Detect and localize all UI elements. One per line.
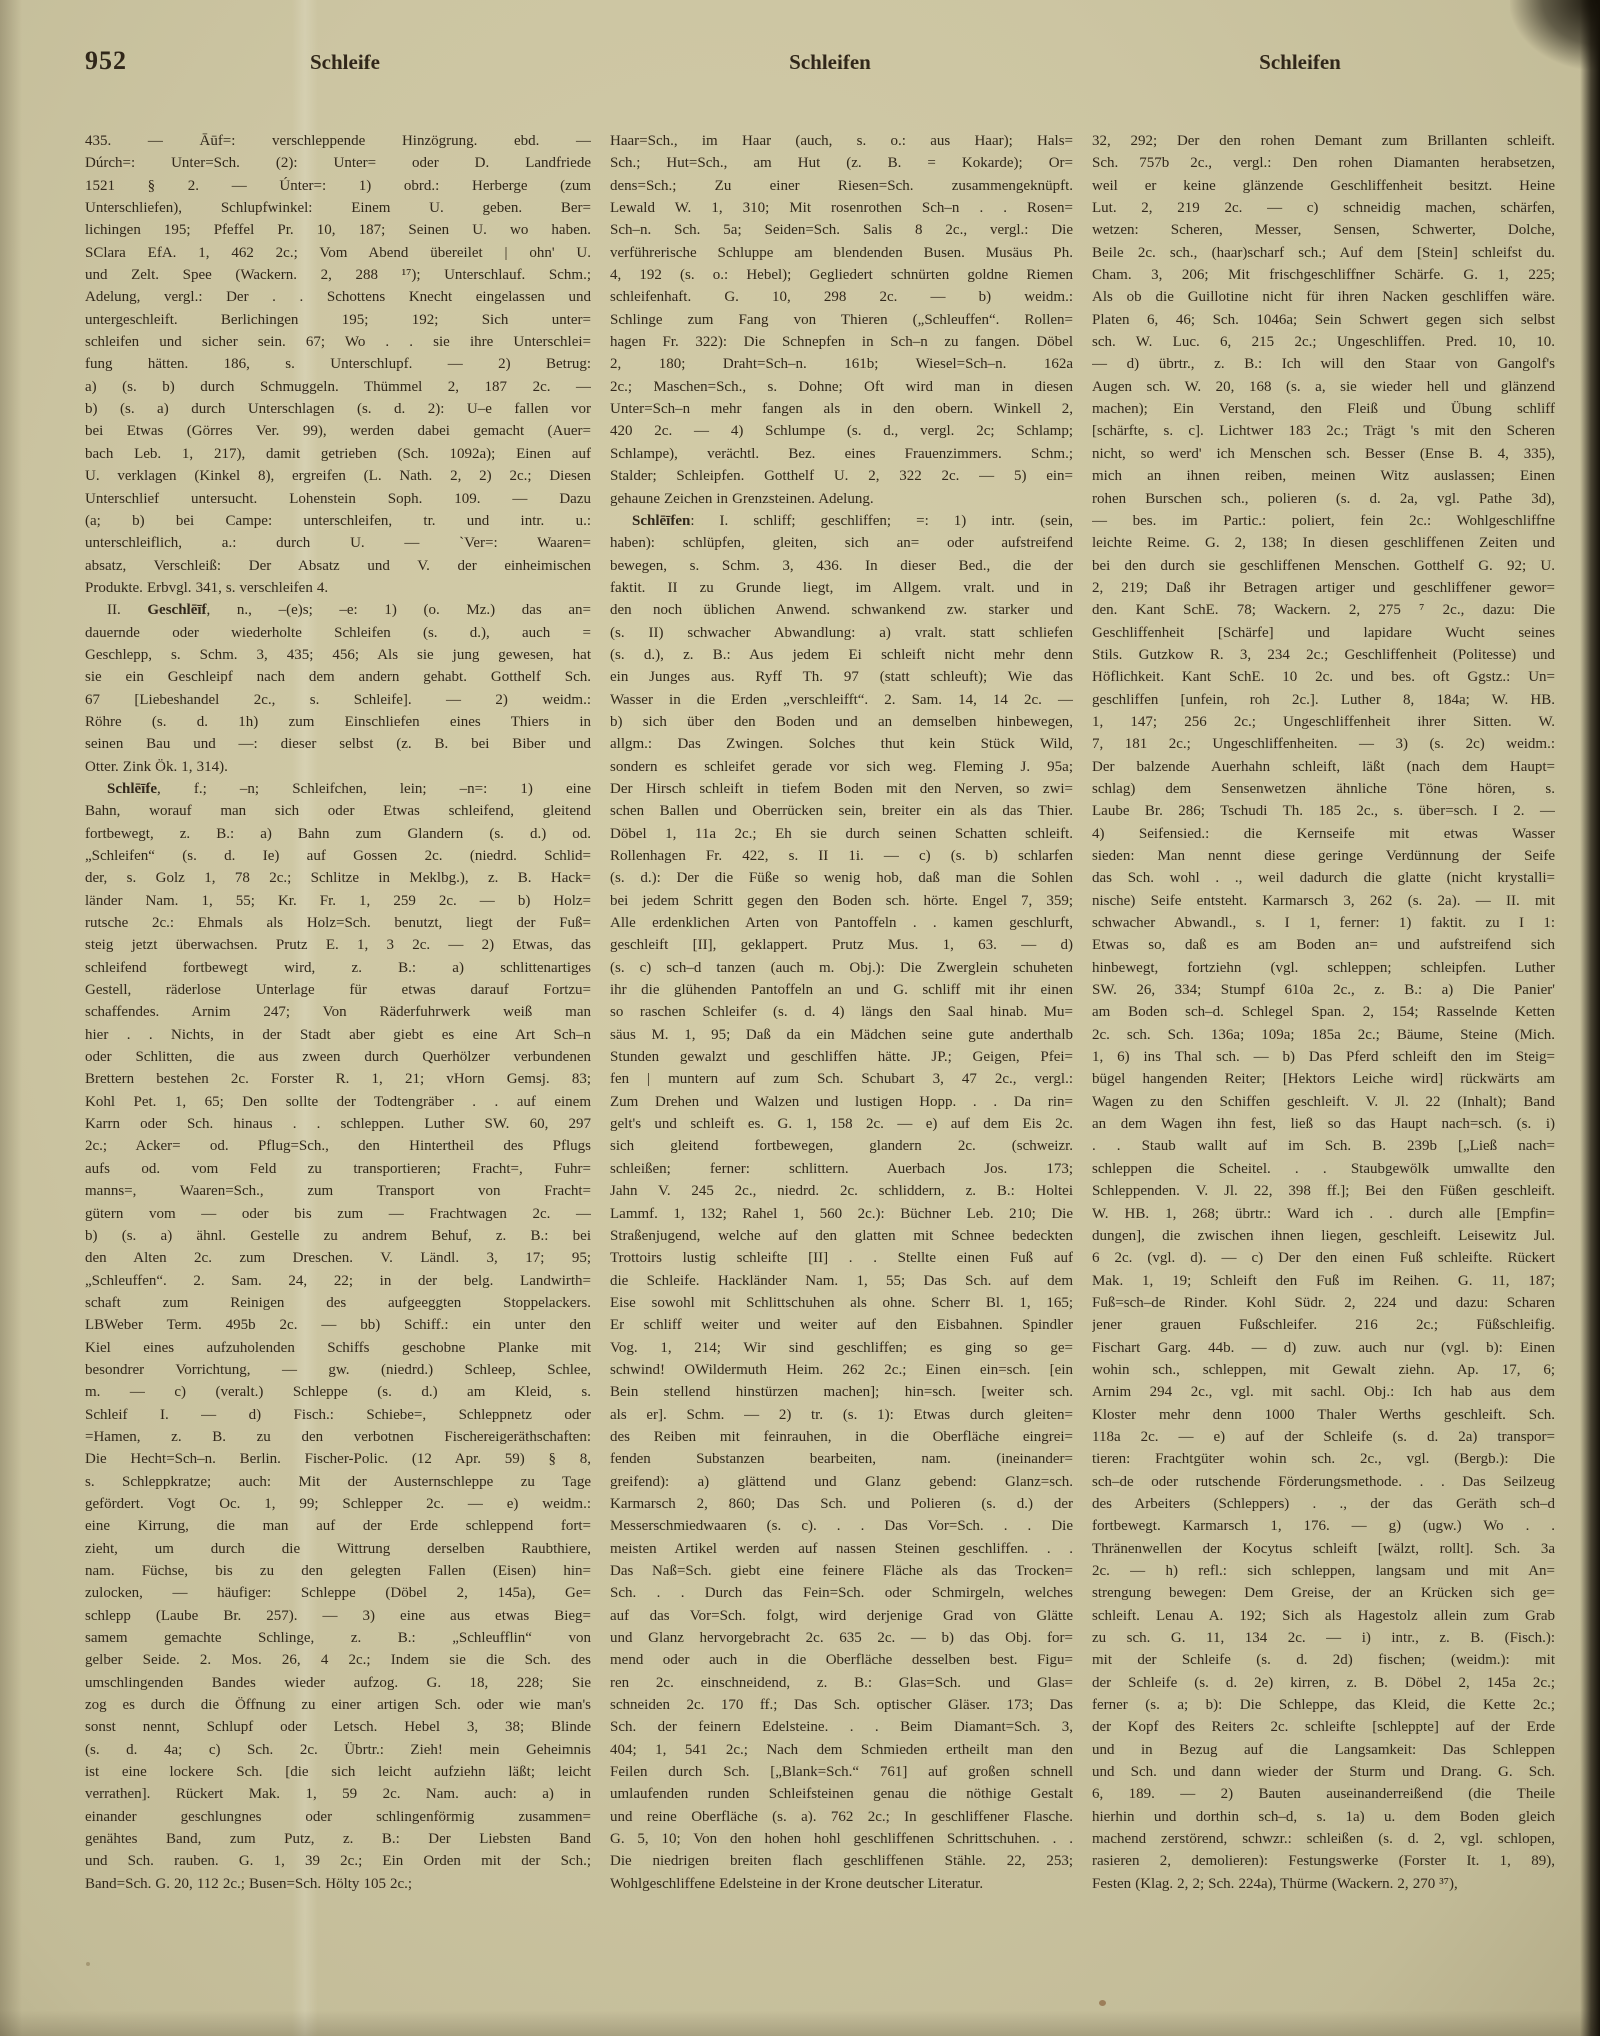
text-line: schaffendes. Arnim 247; Von Räderfuhrwer…: [85, 1001, 591, 1023]
text-line: Eise sowohl mit Schlittschuhen als ohne.…: [610, 1292, 1073, 1314]
text-line: Höflichkeit. Kant SchE. 10 2c. und bes. …: [1092, 666, 1555, 688]
text-line: sie ein Geschleipf nach dem andern gehab…: [85, 666, 591, 688]
running-head-column-2: Schleifen: [789, 50, 871, 75]
text-line: 4, 192 (s. o.: Hebel); Gegliedert schnür…: [610, 264, 1073, 286]
text-line: Stalder; Schleipfen. Gotthelf U. 2, 322 …: [610, 465, 1073, 487]
text-line: eine Kirrung, die man auf der Erde schle…: [85, 1515, 591, 1537]
text-line: 420 2c. — 4) Schlumpe (s. d., vergl. 2c;…: [610, 420, 1073, 442]
text-line: ein Junges aus. Ryff Th. 97 (statt schle…: [610, 666, 1073, 688]
text-line: schleifend fortbewegt wird, z. B.: a) sc…: [85, 957, 591, 979]
text-line: Schlēīfen: I. schliff; geschliffen; =: 1…: [610, 510, 1073, 532]
text-line: 2, 219; Daß ihr Betragen artiger und ges…: [1092, 577, 1555, 599]
text-line: Wagen zu den Schiffen geschleift. V. Jl.…: [1092, 1091, 1555, 1113]
text-line: Sch. 757b 2c., vergl.: Den rohen Diamant…: [1092, 152, 1555, 174]
text-line: besondrer Vorrichtung, — gw. (niedrd.) S…: [85, 1359, 591, 1381]
text-line: greifend): a) glättend und Glanz gebend:…: [610, 1471, 1073, 1493]
text-line: Schleif I. — d) Fisch.: Schiebe=, Schlep…: [85, 1404, 591, 1426]
text-line: 1, 6) ins Thal sch. — b) Das Pferd schle…: [1092, 1046, 1555, 1068]
text-line: und Zelt. Spee (Wackern. 2, 288 ¹⁷); Unt…: [85, 264, 591, 286]
text-line: schen Ballen und Oberrücken sein, breite…: [610, 800, 1073, 822]
text-line: W. HB. 1, 268; übrtr.: Ward ich . . durc…: [1092, 1203, 1555, 1225]
text-line: jener grauen Fußschleifer. 216 2c.; Füßs…: [1092, 1314, 1555, 1336]
text-column-1: 435. — Āūf=: verschleppende Hinzögrung. …: [85, 130, 591, 1895]
text-line: auf das Vor=Sch. folgt, wird derjenige G…: [610, 1605, 1073, 1627]
text-line: Vog. 1, 214; Wir sind geschliffen; es gi…: [610, 1337, 1073, 1359]
text-line: 6, 189. — 2) Bauten auseinanderreißend (…: [1092, 1783, 1555, 1805]
text-line: Festen (Klag. 2, 2; Sch. 224a), Thürme (…: [1092, 1873, 1555, 1895]
text-line: Arnim 294 2c., vgl. mit sachl. Obj.: Ich…: [1092, 1381, 1555, 1403]
text-line: m. — c) (veralt.) Schleppe (s. d.) am Kl…: [85, 1381, 591, 1403]
text-line: den Alten 2c. zum Dreschen. V. Ländl. 3,…: [85, 1247, 591, 1269]
text-line: Er schliff weiter und weiter auf den Eis…: [610, 1314, 1073, 1336]
entry-headword: Schlēīfen: [632, 513, 690, 529]
text-line: (s. d.), z. B.: Aus jedem Ei schleift ni…: [610, 644, 1073, 666]
text-line: 7, 181 2c.; Ungeschliffenheiten. — 3) (s…: [1092, 733, 1555, 755]
text-line: Produkte. Erbvgl. 341, s. verschleifen 4…: [85, 577, 591, 599]
text-line: haben): schlüpfen, gleiten, sich an= ode…: [610, 532, 1073, 554]
text-line: fenden Substanzen bearbeiten, nam. (inei…: [610, 1448, 1073, 1470]
text-line: Döbel 1, 11a 2c.; Eh sie durch seinen Sc…: [610, 823, 1073, 845]
text-line: (a; b) bei Campe: unterschleifen, tr. un…: [85, 510, 591, 532]
text-line: U. verklagen (Kinkel 8), ergreifen (L. N…: [85, 465, 591, 487]
text-line: sondern es schleifet gerade vor sich weg…: [610, 756, 1073, 778]
text-line: meisten Artikel werden auf nassen Steine…: [610, 1538, 1073, 1560]
text-line: schwind! OWildermuth Heim. 262 2c.; Eine…: [610, 1359, 1073, 1381]
text-line: Cham. 3, 206; Mit frischgeschliffner Sch…: [1092, 264, 1555, 286]
text-line: Mak. 1, 19; Schleift den Fuß im Reihen. …: [1092, 1270, 1555, 1292]
text-line: Zum Drehen und Walzen und lustigen Hopp.…: [610, 1091, 1073, 1113]
text-line: seinen Bau und —: dieser selbst (z. B. b…: [85, 733, 591, 755]
text-line: Lut. 2, 219 2c. — c) schneidig machen, s…: [1092, 197, 1555, 219]
text-line: und in Bezug auf die Langsamkeit: Das Sc…: [1092, 1739, 1555, 1761]
text-line: b) sich über den Boden und an demselben …: [610, 711, 1073, 733]
text-line: strengung bewegen: Dem Greise, der an Kr…: [1092, 1582, 1555, 1604]
text-line: gefördert. Vogt Oc. 1, 99; Schlepper 2c.…: [85, 1493, 591, 1515]
text-line: 2, 180; Draht=Sch–n. 161b; Wiesel=Sch–n.…: [610, 353, 1073, 375]
text-line: s. Schleppkratze; auch: Mit der Austerns…: [85, 1471, 591, 1493]
text-line: Karrn oder Sch. hinaus . . schleppen. Lu…: [85, 1113, 591, 1135]
text-line: manns=, Waaren=Sch., zum Transport von F…: [85, 1180, 591, 1202]
text-line: wetzen: Scheren, Messer, Sensen, Schwert…: [1092, 219, 1555, 241]
text-line: Sch–n. Sch. 5a; Seiden=Sch. Salis 8 2c.,…: [610, 219, 1073, 241]
text-line: Lammf. 1, 132; Rahel 1, 560 2c.): Büchne…: [610, 1203, 1073, 1225]
text-line: machend zerstörend, schwzr.: schleißen (…: [1092, 1828, 1555, 1850]
text-line: Geschlepp, s. Schm. 3, 435; 456; Als sie…: [85, 644, 591, 666]
text-line: 118a 2c. — e) auf der Schleife (s. d. 2a…: [1092, 1426, 1555, 1448]
text-line: Band=Sch. G. 20, 112 2c.; Busen=Sch. Höl…: [85, 1873, 591, 1895]
text-line: und Sch. rauben. G. 1, 39 2c.; Ein Orden…: [85, 1850, 591, 1872]
text-line: Der balzende Auerhahn schleift, läßt (na…: [1092, 756, 1555, 778]
text-line: rasieren 2, demolieren): Festungswerke (…: [1092, 1850, 1555, 1872]
text-line: 2c. sch. Sch. 136a; 109a; 185a 2c.; Bäum…: [1092, 1024, 1555, 1046]
text-line: und reine Oberfläche (s. a). 762 2c.; In…: [610, 1806, 1073, 1828]
text-line: Die Hecht=Sch–n. Berlin. Fischer-Polic. …: [85, 1448, 591, 1470]
text-line: 2c. — h) refl.: sich schleppen, langsam …: [1092, 1560, 1555, 1582]
text-line: verrathen]. Rückert Mak. 1, 59 2c. Nam. …: [85, 1783, 591, 1805]
text-line: lichingen 195; Pfeffel Pr. 10, 187; Sein…: [85, 219, 591, 241]
text-line: zieht, um durch die Wittrung derselben R…: [85, 1538, 591, 1560]
text-column-2: Haar=Sch., im Haar (auch, s. o.: aus Haa…: [610, 130, 1073, 1895]
text-line: aufs od. vom Feld zu transportieren; Fra…: [85, 1158, 591, 1180]
text-line: dungen], die zwischen ihnen liegen, gesc…: [1092, 1225, 1555, 1247]
paper-stain: [86, 1962, 90, 1966]
text-line: als er]. Schm. — 2) tr. (s. 1): Etwas du…: [610, 1404, 1073, 1426]
text-line: den noch üblichen Anwend. schwankend zw.…: [610, 599, 1073, 621]
text-line: Straßenjugend, welche auf den glatten mi…: [610, 1225, 1073, 1247]
text-line: Fischart Garg. 44b. — d) zuw. auch nur (…: [1092, 1337, 1555, 1359]
entry-headword: Geschlēīf: [147, 602, 206, 618]
text-line: [schärfte, s. c]. Lichtwer 183 2c.; Träg…: [1092, 420, 1555, 442]
text-line: Otter. Zink Ök. 1, 314).: [85, 756, 591, 778]
text-line: ist eine lockere Sch. [die sich leicht a…: [85, 1761, 591, 1783]
text-line: . . Staub wallt auf im Sch. B. 239b [„Li…: [1092, 1135, 1555, 1157]
text-line: Fuß=sch–de Rinder. Kohl Südr. 2, 224 und…: [1092, 1292, 1555, 1314]
paper-stain: [1099, 2000, 1106, 2006]
text-line: bach Leb. 1, 217), damit getrieben (Sch.…: [85, 443, 591, 465]
text-line: oder Schlitten, die aus zween durch Quer…: [85, 1046, 591, 1068]
text-line: bei Etwas (Görres Ver. 99), werden dabei…: [85, 420, 591, 442]
text-line: „Schleifen“ (s. d. Ie) auf Gossen 2c. (n…: [85, 845, 591, 867]
text-line: hagen Fr. 322): Die Schnepfen in Sch–n z…: [610, 331, 1073, 353]
text-line: Bahn, worauf man sich oder Etwas schleif…: [85, 800, 591, 822]
text-line: II. Geschlēīf, n., –(e)s; –e: 1) (o. Mz.…: [85, 599, 591, 621]
text-line: Augen sch. W. 20, 168 (s. a, sie wieder …: [1092, 376, 1555, 398]
text-line: (s. d. 4a; c) Sch. 2c. Übrtr.: Zieh! mei…: [85, 1739, 591, 1761]
text-line: SW. 26, 334; Stumpf 610a 2c., z. B.: a) …: [1092, 979, 1555, 1001]
text-line: 4) Seifensied.: die Kernseife mit etwas …: [1092, 823, 1555, 845]
text-line: gütern vom — oder bis zum — Frachtwagen …: [85, 1203, 591, 1225]
text-line: umschlingenden Bandes wieder aufzog. G. …: [85, 1672, 591, 1694]
text-line: Sch.; Hut=Sch., am Hut (z. B. = Kokarde)…: [610, 152, 1073, 174]
text-line: das Sch. wohl . ., weil dadurch die glat…: [1092, 867, 1555, 889]
text-line: hier . . Nichts, in der Stadt aber giebt…: [85, 1024, 591, 1046]
text-line: einander geschlungnes oder schlingenförm…: [85, 1806, 591, 1828]
text-line: nische) Seife entsteht. Karmarsch 3, 262…: [1092, 890, 1555, 912]
text-line: 32, 292; Der den rohen Demant zum Brilla…: [1092, 130, 1555, 152]
text-line: Kiel eines aufzuholenden Schiffs geschob…: [85, 1337, 591, 1359]
text-line: Unter=Sch–n mehr fangen als in den obern…: [610, 398, 1073, 420]
text-line: G. 5, 10; Von den hohen hohl geschliffen…: [610, 1828, 1073, 1850]
text-line: zu sch. G. 11, 134 2c. — i) intr., z. B.…: [1092, 1627, 1555, 1649]
text-line: 6 2c. (vgl. d). — c) Der den einen Fuß s…: [1092, 1247, 1555, 1269]
text-line: rohen Burschen sch., polieren (s. d. 2a,…: [1092, 488, 1555, 510]
text-line: Laube Br. 286; Tschudi Th. 185 2c., s. ü…: [1092, 800, 1555, 822]
text-line: Rollenhagen Fr. 422, s. II 1i. — c) (s. …: [610, 845, 1073, 867]
text-line: machen); Ein Verstand, den Fleiß und Übu…: [1092, 398, 1555, 420]
text-line: Stils. Gutzkow R. 3, 234 2c.; Geschliffe…: [1092, 644, 1555, 666]
text-line: an dem Wagen ihn fest, ließ so das Haupt…: [1092, 1113, 1555, 1135]
text-line: 1521 § 2. — Únter=: 1) obrd.: Herberge (…: [85, 175, 591, 197]
text-line: b) (s. a) durch Unterschlagen (s. d. 2):…: [85, 398, 591, 420]
text-line: ren 2c. einschneidend, z. B.: Glas=Sch. …: [610, 1672, 1073, 1694]
text-line: fortbewegt, z. B.: a) Bahn zum Glandern …: [85, 823, 591, 845]
text-line: der Schleife (s. d. 2e) kirren, z. B. Dö…: [1092, 1672, 1555, 1694]
text-line: untergeschleift. Berlichingen 195; 192; …: [85, 309, 591, 331]
text-line: faktit. II zu Grunde liegt, im Allgem. v…: [610, 577, 1073, 599]
text-line: schleifen und sicher sein. 67; Wo . . si…: [85, 331, 591, 353]
text-line: 2c.; Maschen=Sch., s. Dohne; Oft wird ma…: [610, 376, 1073, 398]
text-line: sieden: Man nennt diese geringe Verdünnu…: [1092, 845, 1555, 867]
text-line: Trottoirs lustig schleifte [II] . . Stel…: [610, 1247, 1073, 1269]
text-line: absatz, Verschleiß: Der Absatz und V. de…: [85, 555, 591, 577]
text-line: schwacher Abwandl., s. I 1, ferner: 1) f…: [1092, 912, 1555, 934]
text-line: Als ob die Guillotine nicht für ihren Na…: [1092, 286, 1555, 308]
text-line: Beile 2c. sch., (haar)scharf sch.; Auf d…: [1092, 242, 1555, 264]
text-line: b) (s. a) ähnl. Gestelle zu andrem Behuf…: [85, 1225, 591, 1247]
text-line: SClara EfA. 1, 462 2c.; Vom Abend überei…: [85, 242, 591, 264]
text-line: wohin sch., schleppen, mit Gewalt ziehn.…: [1092, 1359, 1555, 1381]
text-line: Karmarsch 2, 860; Das Sch. und Polieren …: [610, 1493, 1073, 1515]
text-line: Schlampe), verächtl. Bez. eines Frauenzi…: [610, 443, 1073, 465]
text-line: gelt's und schleift es. G. 1, 158 2c. — …: [610, 1113, 1073, 1135]
text-line: bewegen, s. Schm. 3, 436. In dieser Bed.…: [610, 555, 1073, 577]
text-line: gelber Seide. 2. Mos. 26, 4 2c.; Indem s…: [85, 1649, 591, 1671]
text-line: Geschliffenheit [Schärfe] und lapidare W…: [1092, 622, 1555, 644]
text-line: zulocken, — häufiger: Schleppe (Döbel 2,…: [85, 1582, 591, 1604]
text-line: 2c.; Acker= od. Pflug=Sch., den Hinterth…: [85, 1135, 591, 1157]
text-line: 67 [Liebeshandel 2c., s. Schleife]. — 2)…: [85, 689, 591, 711]
text-line: ferner (s. a; b): Die Schleppe, das Klei…: [1092, 1694, 1555, 1716]
text-line: am Boden sch–d. Schlegel Span. 2, 154; R…: [1092, 1001, 1555, 1023]
page-number: 952: [85, 46, 127, 76]
text-line: tieren: Frachtgüter wohin sch. 2c., vgl.…: [1092, 1448, 1555, 1470]
text-line: 1, 147; 256 2c.; Ungeschliffenheit ihrer…: [1092, 711, 1555, 733]
text-line: Platen 6, 46; Sch. 1046a; Sein Schwert g…: [1092, 309, 1555, 331]
text-line: schleißen; ferner: schlittern. Auerbach …: [610, 1158, 1073, 1180]
text-line: 404; 1, 541 2c.; Nach dem Schmieden erth…: [610, 1739, 1073, 1761]
text-line: schlag) dem Sensenwetzen ähnliche Töne h…: [1092, 778, 1555, 800]
text-line: Der Hirsch schleift in tiefem Boden mit …: [610, 778, 1073, 800]
text-line: der Kopf des Reiters 2c. schleifte [schl…: [1092, 1716, 1555, 1738]
text-line: — d) übrtr., z. B.: Ich will den Staar v…: [1092, 353, 1555, 375]
text-line: und Glanz hervorgebracht 2c. 635 2c. — b…: [610, 1627, 1073, 1649]
text-line: schleppen die Scheitel. . . Staubgewölk …: [1092, 1158, 1555, 1180]
text-line: Das Naß=Sch. giebt eine feinere Fläche a…: [610, 1560, 1073, 1582]
text-line: Wasser in die Erden „verschleifft“. 2. S…: [610, 689, 1073, 711]
scanned-dictionary-page: 952 Schleife Schleifen Schleifen 435. — …: [0, 0, 1600, 2036]
text-line: so raschen Schleifer (s. d. 4) längs den…: [610, 1001, 1073, 1023]
text-line: des Reiben mit feinrauhen, in die Oberfl…: [610, 1426, 1073, 1448]
text-line: (s. II) schwacher Abwandlung: a) vralt. …: [610, 622, 1073, 644]
text-line: sch–de oder rutschende Förderungsmethode…: [1092, 1471, 1555, 1493]
text-line: steig jetzt überwachsen. Prutz E. 1, 3 2…: [85, 934, 591, 956]
text-line: hierhin und dorthin sch–d, s. 1a) u. dem…: [1092, 1806, 1555, 1828]
text-line: schneiden 2c. 170 ff.; Das Sch. optische…: [610, 1694, 1073, 1716]
text-line: geschleift [II], geklappert. Prutz Mus. …: [610, 934, 1073, 956]
entry-headword: Schlēīfe: [107, 781, 157, 797]
page-edge-right: [1580, 0, 1600, 2036]
scan-shadow-corner: [1510, 0, 1600, 70]
text-line: Haar=Sch., im Haar (auch, s. o.: aus Haa…: [610, 130, 1073, 152]
text-line: — bes. im Partic.: poliert, fein 2c.: Wo…: [1092, 510, 1555, 532]
text-line: Röhre (s. d. 1h) zum Einschliefen eines …: [85, 711, 591, 733]
text-line: rutsche 2c.: Ehmals als Holz=Sch. benutz…: [85, 912, 591, 934]
text-line: des Arbeiters (Schleppers) . ., der das …: [1092, 1493, 1555, 1515]
text-line: Sch. der feinern Edelsteine. . . Beim Di…: [610, 1716, 1073, 1738]
text-line: Die niedrigen breiten flach geschliffene…: [610, 1850, 1073, 1872]
text-line: Bein stellend hinstürzen machen]; hin=sc…: [610, 1381, 1073, 1403]
text-line: LBWeber Term. 495b 2c. — bb) Schiff.: ei…: [85, 1314, 591, 1336]
text-line: bei den durch sie geschliffenen Menschen…: [1092, 555, 1555, 577]
running-head-column-3: Schleifen: [1259, 50, 1341, 75]
page-edge-left: [0, 0, 22, 2036]
text-line: hinbewegt, fortziehn (vgl. schleppen; sc…: [1092, 957, 1555, 979]
text-line: genähtes Band, zum Putz, z. B.: Der Lieb…: [85, 1828, 591, 1850]
text-line: und Sch. und dann wieder der Sturm und D…: [1092, 1761, 1555, 1783]
page-edge-bottom: [0, 2010, 1600, 2036]
text-line: fen | muntern auf zum Sch. Schubart 3, 4…: [610, 1068, 1073, 1090]
text-line: Unterschliefen), Schlupfwinkel: Einem U.…: [85, 197, 591, 219]
text-line: „Schleuffen“. 2. Sam. 24, 22; in der bel…: [85, 1270, 591, 1292]
text-line: der, s. Golz 1, 78 2c.; Schlitze in Mekl…: [85, 867, 591, 889]
text-line: leichte Reime. G. 2, 138; In diesen gesc…: [1092, 532, 1555, 554]
text-column-3: 32, 292; Der den rohen Demant zum Brilla…: [1092, 130, 1555, 1895]
text-line: bügel hangenden Reiter; [Hektors Leiche …: [1092, 1068, 1555, 1090]
text-line: die Schleife. Hackländer Nam. 1, 55; Das…: [610, 1270, 1073, 1292]
text-line: fung hätten. 186, s. Unterschlupf. — 2) …: [85, 353, 591, 375]
text-line: Dúrch=: Unter=Sch. (2): Unter= oder D. L…: [85, 152, 591, 174]
text-line: nicht, so werd' ich Menschen sch. Besser…: [1092, 443, 1555, 465]
text-line: verführerische Schluppe am blendenden Bu…: [610, 242, 1073, 264]
text-line: Adelung, vergl.: Der . . Schottens Knech…: [85, 286, 591, 308]
text-line: weil er keine glänzende Geschliffenheit …: [1092, 175, 1555, 197]
text-line: schleifenhaft. G. 10, 298 2c. — b) weidm…: [610, 286, 1073, 308]
text-line: Unterschlief untersucht. Lohenstein Soph…: [85, 488, 591, 510]
text-line: Feilen durch Sch. [„Blank=Sch.“ 761] auf…: [610, 1761, 1073, 1783]
text-line: Schlinge zum Fang von Thieren („Schleuff…: [610, 309, 1073, 331]
text-line: Wohlgeschliffene Edelsteine in der Krone…: [610, 1873, 1073, 1895]
text-line: =Hamen, z. B. zu den verbotnen Fischerei…: [85, 1426, 591, 1448]
text-line: 435. — Āūf=: verschleppende Hinzögrung. …: [85, 130, 591, 152]
text-line: umlaufenden runden Schleifsteinen genau …: [610, 1783, 1073, 1805]
text-line: Thränenwellen der Kocytus schleift [wälz…: [1092, 1538, 1555, 1560]
text-line: länder Nam. 1, 55; Kr. Fr. 1, 259 2c. — …: [85, 890, 591, 912]
text-line: Kloster mehr denn 1000 Thaler Werths ges…: [1092, 1404, 1555, 1426]
text-line: sonst nennt, Schlupf oder Letsch. Hebel …: [85, 1716, 591, 1738]
text-line: allgm.: Das Zwingen. Solches thut kein S…: [610, 733, 1073, 755]
text-line: nam. Füchse, bis zu den gelegten Fallen …: [85, 1560, 591, 1582]
text-line: a) (s. b) durch Schmuggeln. Thümmel 2, 1…: [85, 376, 591, 398]
text-line: ihr die glühenden Pantoffeln an und G. s…: [610, 979, 1073, 1001]
text-line: schleift. Lenau A. 192; Sich als Hagesto…: [1092, 1605, 1555, 1627]
text-line: Gestell, räderlose Unterlage für etwas d…: [85, 979, 591, 1001]
text-line: schaft zum Reinigen des aufgeeggten Stop…: [85, 1292, 591, 1314]
text-line: Messerschmiedwaaren (s. c). . . Das Vor=…: [610, 1515, 1073, 1537]
text-line: säus M. 1, 95; Daß da ein Mädchen seine …: [610, 1024, 1073, 1046]
text-line: mit der Schleife (s. d. 2d) fischen; (we…: [1092, 1649, 1555, 1671]
text-line: Etwas so, daß es am Boden an= und aufstr…: [1092, 934, 1555, 956]
text-line: Schlēīfe, f.; –n; Schleifchen, lein; –n=…: [85, 778, 591, 800]
text-line: dens=Sch.; Zu einer Riesen=Sch. zusammen…: [610, 175, 1073, 197]
text-line: samem gemachte Schlinge, z. B.: „Schleuf…: [85, 1627, 591, 1649]
text-line: (s. d.): Der die Füße so wenig hob, daß …: [610, 867, 1073, 889]
text-line: sch. W. Luc. 6, 215 2c.; Ungeschliffen. …: [1092, 331, 1555, 353]
text-line: den. Kant SchE. 78; Wackern. 2, 275 ⁷ 2c…: [1092, 599, 1555, 621]
text-line: mend oder auch in die Oberfläche desselb…: [610, 1649, 1073, 1671]
text-line: Brettern bestehen 2c. Forster R. 1, 21; …: [85, 1068, 591, 1090]
text-line: fortbewegt. Karmarsch 1, 176. — g) (ugw.…: [1092, 1515, 1555, 1537]
text-line: Kohl Pet. 1, 65; Den sollte der Todtengr…: [85, 1091, 591, 1113]
text-line: gehaune Zeichen in Grenzsteinen. Adelung…: [610, 488, 1073, 510]
text-line: geschliffen [unfein, roh 2c.]. Luther 8,…: [1092, 689, 1555, 711]
text-line: Schleppenden. V. Jl. 22, 398 ff.]; Bei d…: [1092, 1180, 1555, 1202]
text-line: Alle erdenklichen Arten von Pantoffeln .…: [610, 912, 1073, 934]
text-line: Lewald W. 1, 310; Mit rosenrothen Sch–n …: [610, 197, 1073, 219]
text-line: Stunden gewalzt und geschliffen hätte. J…: [610, 1046, 1073, 1068]
text-line: (s. c) sch–d tanzen (auch m. Obj.): Die …: [610, 957, 1073, 979]
text-line: mich an ihnen reiben, meinen Witz auslas…: [1092, 465, 1555, 487]
text-line: Sch. . . Durch das Fein=Sch. oder Schmir…: [610, 1582, 1073, 1604]
text-line: bei jedem Schritt gegen den Boden sch. h…: [610, 890, 1073, 912]
text-line: unterschleiflich, a.: durch U. — `Ver=: …: [85, 532, 591, 554]
text-line: schlepp (Laube Br. 257). — 3) eine aus e…: [85, 1605, 591, 1627]
text-line: sich gleitend fortbewegen, glandern 2c. …: [610, 1135, 1073, 1157]
text-line: zog es durch die Öffnung zu einer artige…: [85, 1694, 591, 1716]
running-head-column-1: Schleife: [310, 50, 380, 75]
text-line: Jahn V. 245 2c., niedrd. 2c. schliddern,…: [610, 1180, 1073, 1202]
text-line: dauernde oder wiederholte Schleifen (s. …: [85, 622, 591, 644]
